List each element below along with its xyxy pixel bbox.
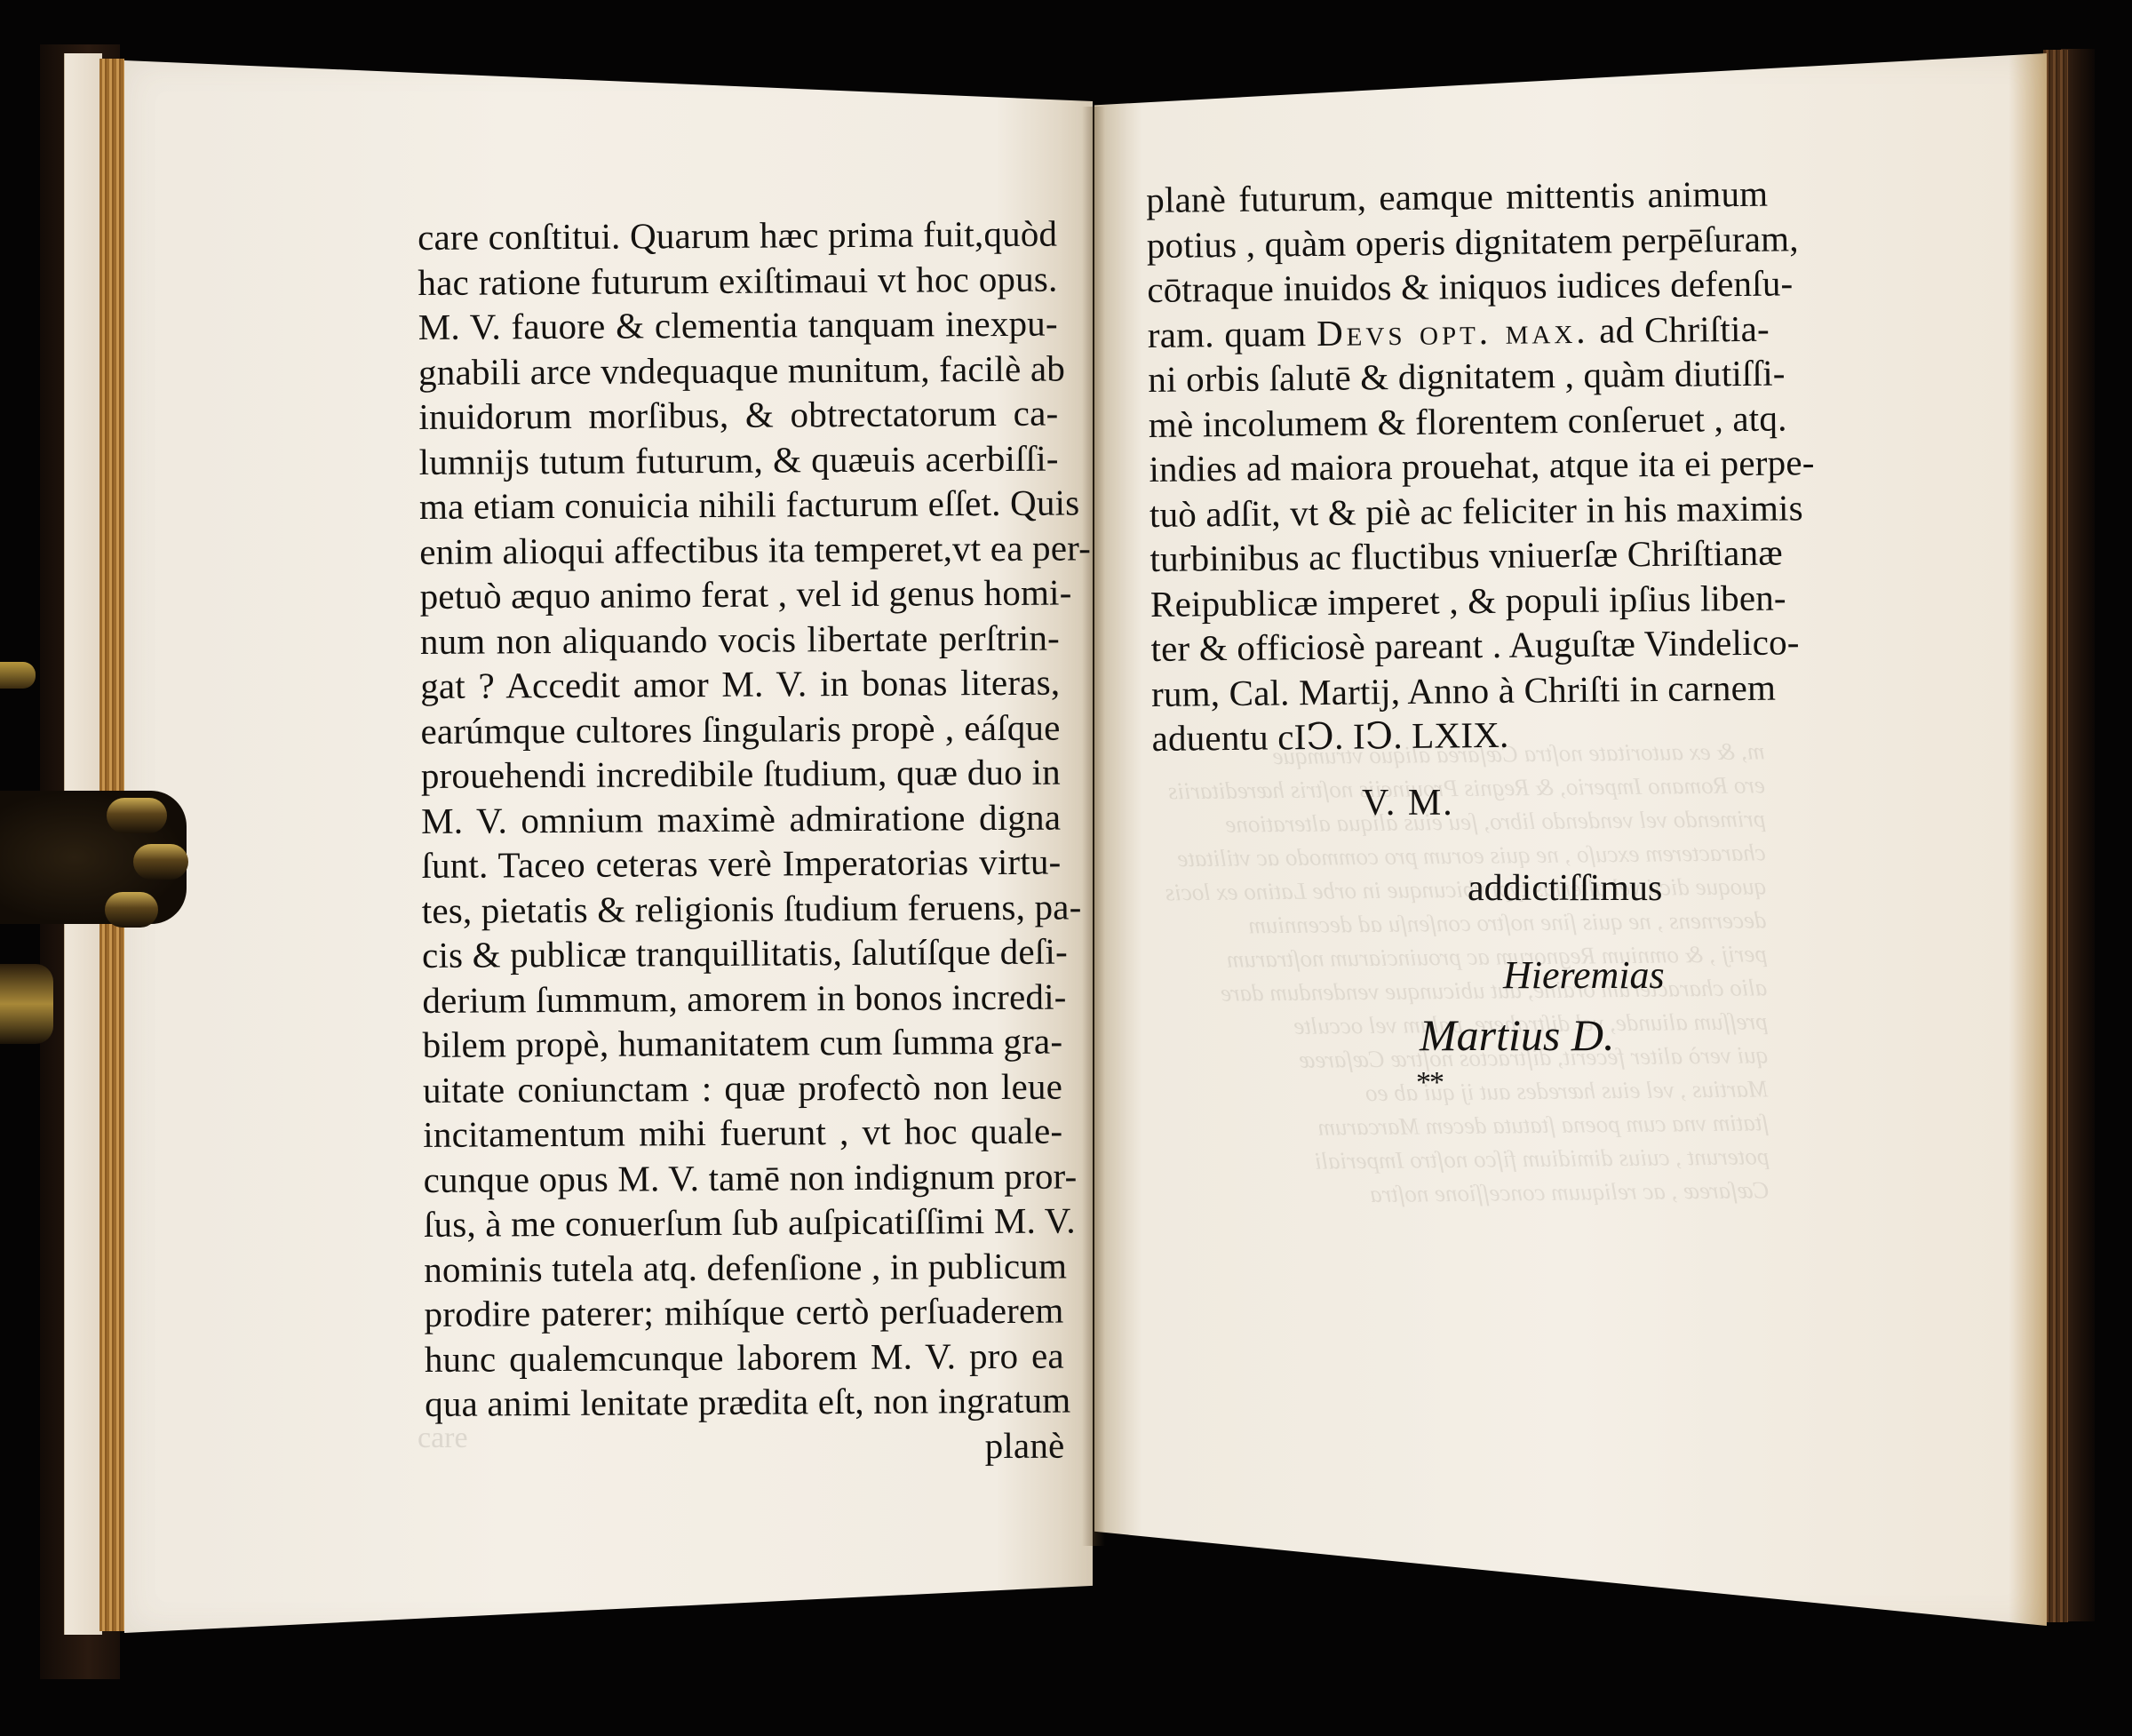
signature-first-name: Hieremias <box>1503 952 1665 998</box>
text-line: Reipublicæ imperet , & populi ipſius lib… <box>1150 575 1772 626</box>
text-line: enim alioqui affectibus ita temperet,vt … <box>419 525 1059 574</box>
signature-last-name: Martius D. <box>1420 1009 1614 1061</box>
text-line: lumnijs tutum futurum, & quæuis acerbiſſ… <box>419 435 1059 484</box>
bookstand-finger <box>105 892 158 928</box>
text-line: indies ad maiora prouehat, atque ita ei … <box>1149 441 1770 492</box>
right-page-text: planè futurum, eamque mittentis animum p… <box>1146 171 1774 761</box>
text-line: num non aliquando vocis libertate perſtr… <box>420 615 1060 664</box>
text-line: tes, pietatis & religionis ſtudium ferue… <box>422 884 1062 933</box>
text-line: ter & officiosè pareant . Auguſtæ Vindel… <box>1150 620 1772 672</box>
bookstand-finger <box>107 798 167 833</box>
text-line: ma etiam conuicia nihili facturum eſſet.… <box>419 481 1059 530</box>
text-line: turbinibus ac fluctibus vniuerſæ Chriſti… <box>1150 530 1771 582</box>
bookstand-clasp-bottom <box>0 964 53 1044</box>
text-line: potius , quàm operis dignitatem perpēſur… <box>1147 216 1769 267</box>
right-fore-edge <box>2043 50 2068 1622</box>
text-line: M. V. fauore & clementia tanquam inexpu- <box>418 301 1058 350</box>
text-line: hunc qualemcunque laborem M. V. pro ea <box>425 1333 1064 1382</box>
text-line: cōtraque inuidos & iniquos iudices defen… <box>1147 261 1769 313</box>
text-line: earúmque cultores ſingularis propè , eáſ… <box>420 705 1060 753</box>
catchword: planè <box>425 1422 1064 1471</box>
text-line: prouehendi incredibile ſtudium, quæ duo … <box>421 750 1061 799</box>
text-line: petuò æquo animo ferat , vel id genus ho… <box>419 570 1059 619</box>
text-line: ni orbis ſalutē & dignitatem , quàm diut… <box>1148 351 1770 402</box>
text-line: hac ratione futurum exiſtimaui vt hoc op… <box>418 256 1057 305</box>
bookstand-clasp-top <box>0 662 36 689</box>
text-line: nominis tutela atq. defenſione , in publ… <box>424 1243 1063 1292</box>
text-line: derium ſummum, amorem in bonos incredi- <box>422 974 1062 1023</box>
text-line: ſunt. Taceo ceteras verè Imperatorias vi… <box>421 840 1061 888</box>
text-line: prodire paterer; mihíque certò perſuader… <box>424 1288 1063 1337</box>
text-line: tuò adſit, vt & piè ac feliciter in his … <box>1150 485 1771 537</box>
text-line: gat ? Accedit amor M. V. in bonas litera… <box>420 660 1060 709</box>
text-line: planè futurum, eamque mittentis animum <box>1146 171 1768 223</box>
ghost-line: Cæſareæ , ac reliquum conceſſione noſtra <box>1148 1173 1770 1213</box>
text-line: mè incolumem & florentem conſeruet , atq… <box>1149 395 1770 447</box>
signature-mark: ** <box>1416 1066 1443 1100</box>
text-line: ſus, à me conuerſum ſub auſpicatiſſimi M… <box>424 1198 1063 1247</box>
text-line: incitamentum mihi fuerunt , vt hoc quale… <box>423 1109 1062 1158</box>
text-line: qua animi lenitate prædita eſt, non ingr… <box>425 1378 1064 1427</box>
text-line: uitate coniunctam : quæ profectò non leu… <box>423 1063 1062 1112</box>
text-line: bilem propè, humanitatem cum ſumma gra- <box>423 1019 1062 1068</box>
photo-scene: m, & ex autoritate noſtra Cæſarea aliquo… <box>0 0 2132 1736</box>
text-line: cis & publicæ tranquillitatis, ſalutíſqu… <box>422 929 1062 978</box>
text-line: rum, Cal. Martij, Anno à Chriſti in carn… <box>1151 665 1773 716</box>
left-page-text: care conſtitui. Quarum hæc prima fuit,qu… <box>418 211 1065 1471</box>
salutation: V. M. <box>1362 782 1454 824</box>
text-line: care conſtitui. Quarum hæc prima fuit,qu… <box>418 211 1057 260</box>
text-fragment: ram. quam <box>1148 312 1317 354</box>
gutter <box>1082 107 1105 1546</box>
text-line: cunque opus M. V. tamē non indignum pror… <box>423 1153 1062 1202</box>
date-line: aduentu cIↃ. IↃ. LXIX. <box>1151 710 1773 761</box>
deus-opt-max: Devs opt. max. <box>1317 309 1589 353</box>
text-fragment: ad Chriſtia- <box>1588 307 1770 350</box>
text-line: M. V. omnium maximè admiratione digna <box>421 794 1061 843</box>
closing-adjective: addictiſſimus <box>1468 867 1662 910</box>
text-line: inuidorum morſibus, & obtrectatorum ca- <box>418 391 1058 440</box>
bookstand-finger <box>133 844 188 880</box>
text-line-invocation: ram. quam Devs opt. max. ad Chriſtia- <box>1148 306 1770 357</box>
text-line: gnabili arce vndequaque munitum, facilè … <box>418 346 1058 394</box>
